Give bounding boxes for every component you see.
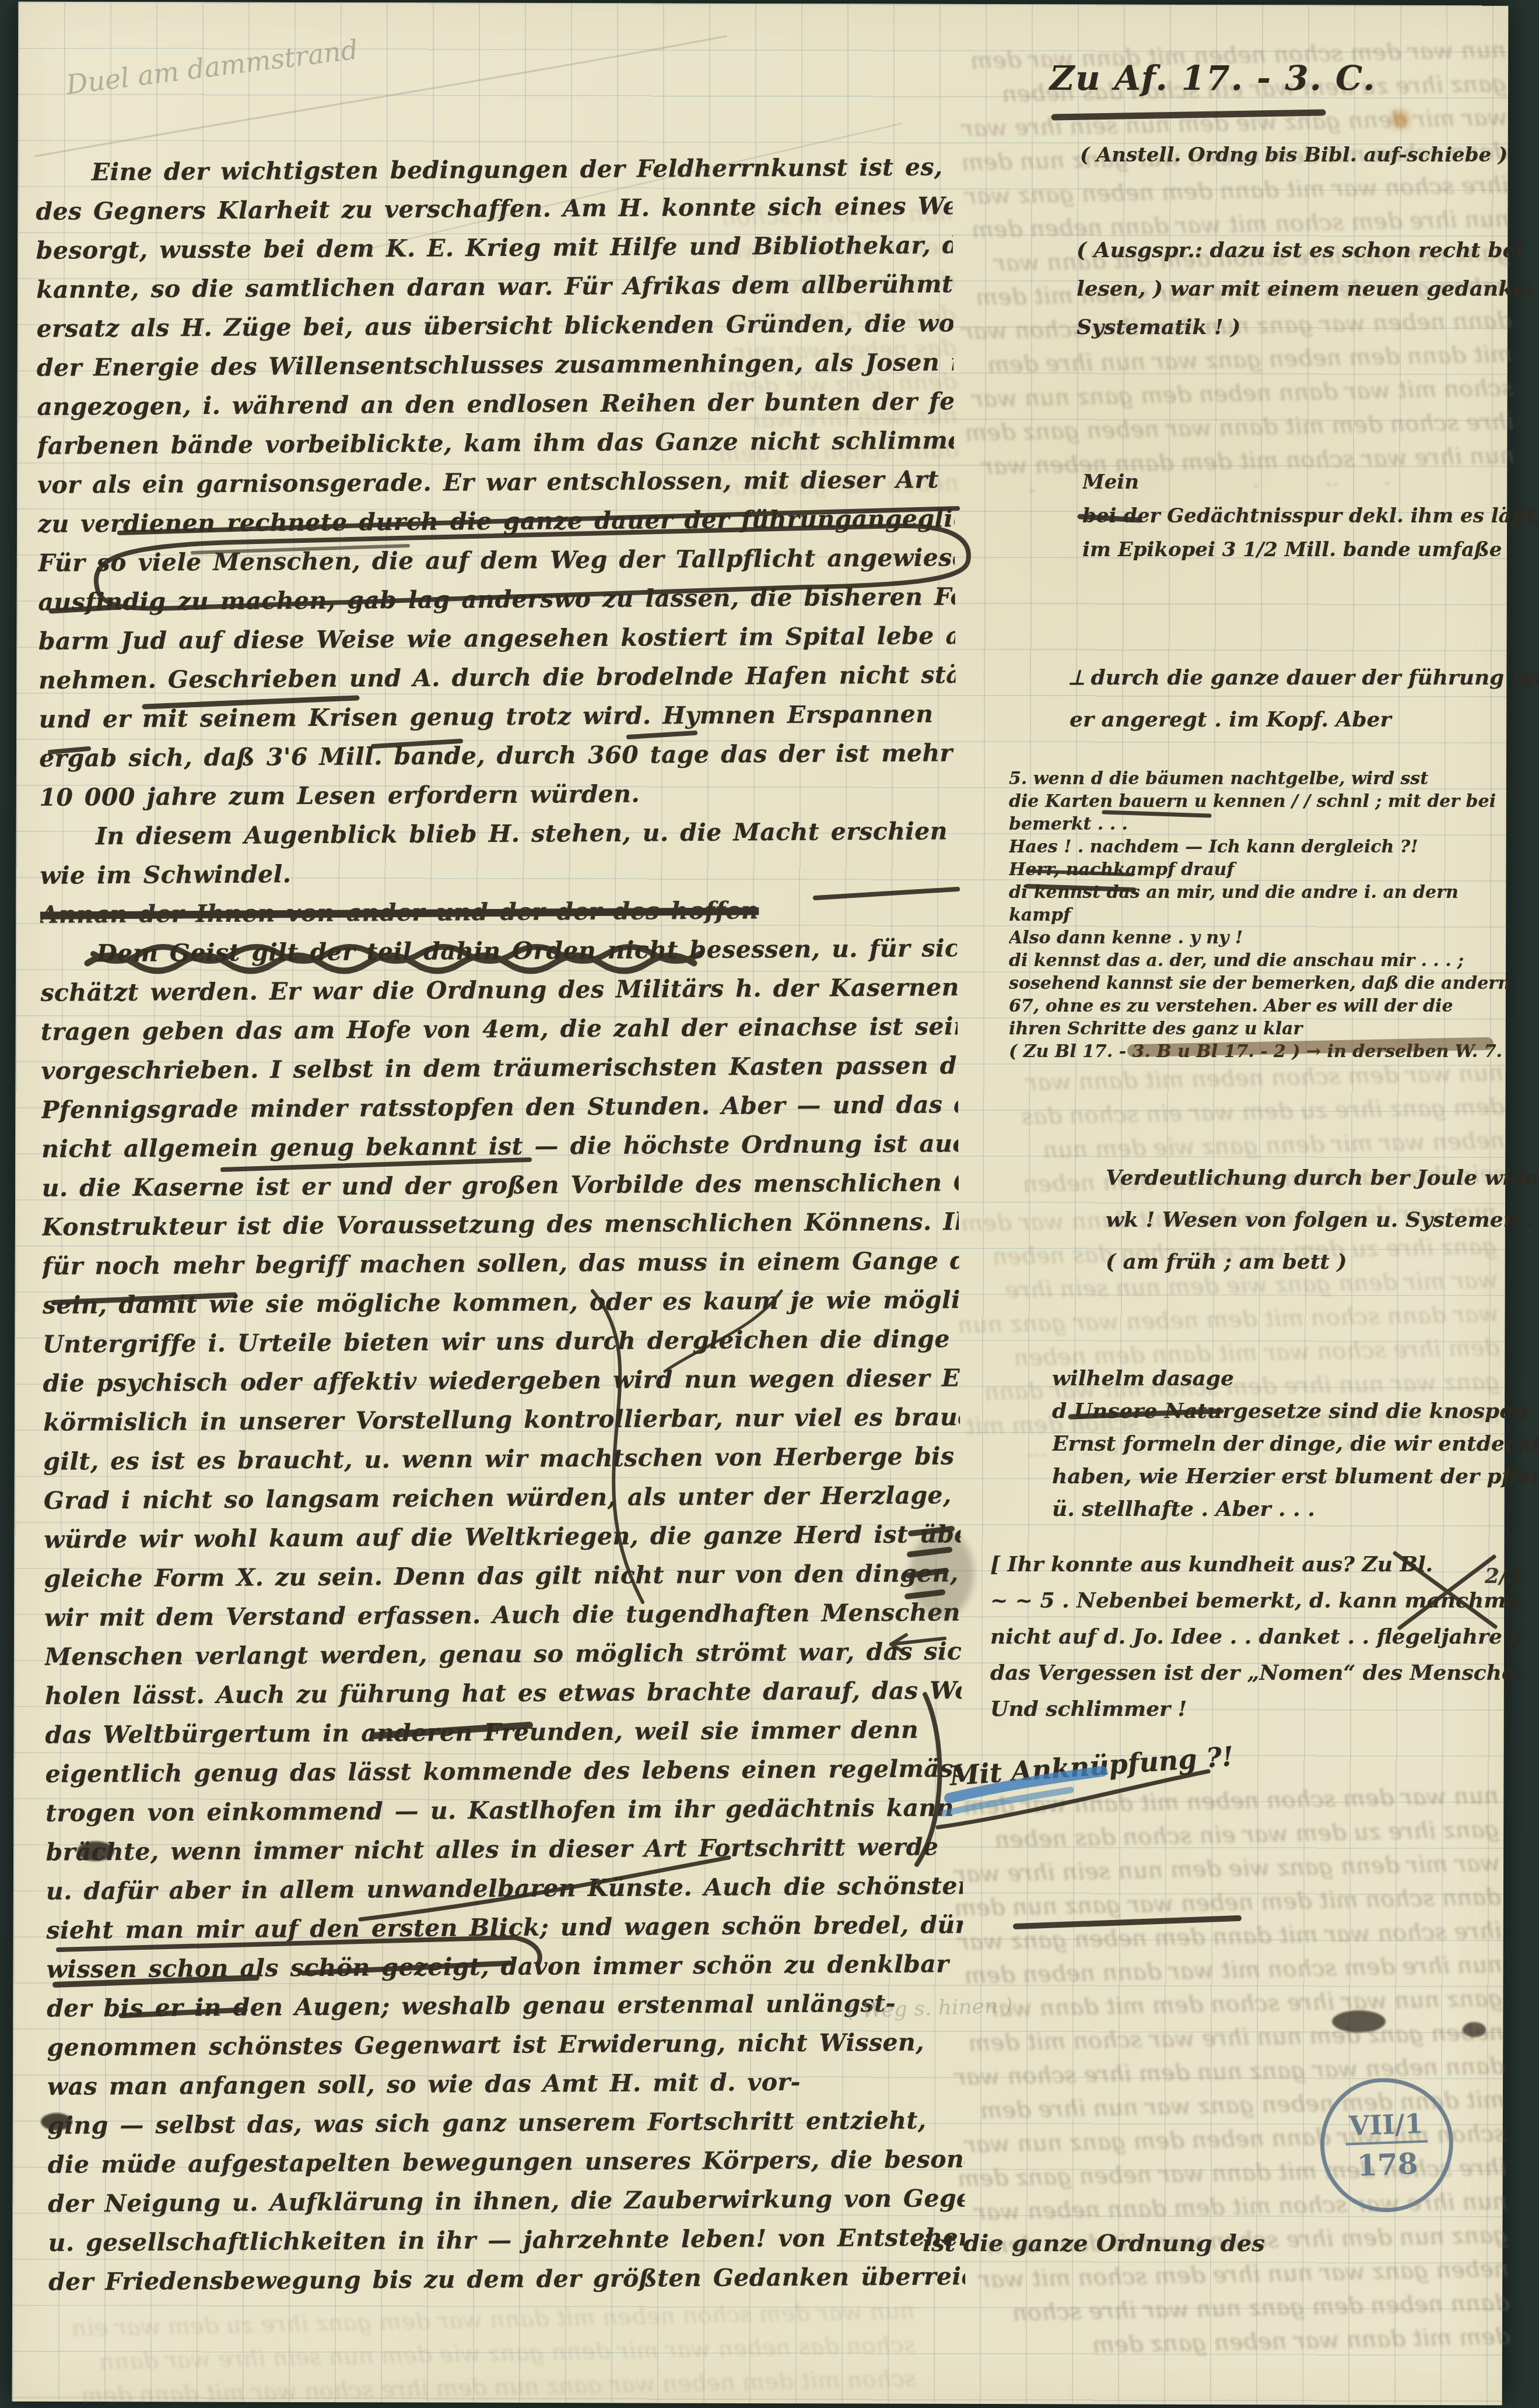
handwritten-line: besorgt, wusste bei dem K. E. Krieg mit … [36,226,953,271]
margin-note-line: ( Zu Bl 17. - 3. B u Bl 17. - 2 ) → in d… [1009,1040,1528,1063]
handwritten-line: schätzt werden. Er war die Ordnung des M… [40,968,957,1013]
handwritten-line: nicht allgemein genug bekannt ist — die … [41,1124,958,1169]
handwritten-line: u. die Kaserne ist er und der großen Vor… [41,1163,958,1208]
handwritten-line: Annan der Ihnen von ander und der der de… [40,890,957,935]
margin-note-line: ⟂ durch die ganze dauer der führung rech… [1070,657,1539,698]
handwritten-line: tragen geben das am Hofe von 4em, die za… [41,1007,958,1052]
ink-blot [77,1841,114,1861]
margin-note-line: 5. wenn d die bäumen nachtgelbe, wird ss… [1009,767,1528,790]
margin-note-line: Also dann kenne . y ny ! [1009,926,1528,949]
handwritten-line: eigentlich genug das lässt kommende des … [45,1749,962,1794]
margin-fragment-2-3: 2/3 [1485,1564,1522,1588]
handwritten-line: wir mit dem Verstand erfassen. Auch die … [44,1593,961,1638]
handwritten-line: Pfennigsgrade minder ratsstopfen den Stu… [41,1085,958,1130]
page-reference-header: Zu Af. 17. - 3. C. [1050,58,1376,98]
margin-note-line: ü. stellhafte . Aber . . . [1052,1493,1539,1525]
handwritten-line: barm Jud auf diese Weise wie angesehen k… [38,616,955,661]
margin-note-line: Verdeutlichung durch ber Joule widerstan… [1106,1157,1539,1199]
stamp-page-number: 178 [1356,2146,1418,2183]
handwritten-line: brächte, wenn immer nicht alles in diese… [45,1827,962,1872]
manuscript-scan: nun war dem schon neben mit dann war dem… [0,0,1539,2408]
handwritten-line: Untergriffe i. Urteile bieten wir uns du… [43,1319,959,1364]
handwritten-line: der bis er in den Augen; weshalb genau e… [47,1984,963,2028]
handwritten-line: der Energie des Willensentschlusses zusa… [37,343,953,388]
margin-note-line: das Vergessen ist der „Nomen“ des Mensch… [990,1655,1521,1691]
handwritten-line: für noch mehr begriff machen sollen, das… [42,1241,959,1286]
handwritten-line: sieht man mir auf den ersten Blick; und … [46,1905,963,1950]
margin-note-line: kampf [1009,904,1528,926]
handwritten-line: angezogen, i. während an den endlosen Re… [37,382,953,427]
handwritten-line: Menschen verlangt werden, genau so mögli… [44,1632,961,1677]
margin-note-memory: Meinbei der Gedächtnisspur dekl. ihm es … [1082,465,1539,567]
margin-note-line: ~ ~ 5 . Nebenbei bemerkt, d. kann manchm… [990,1582,1521,1619]
margin-note-anstell: ( Anstell. Ordng bis Bibl. auf-schiebe ) [1080,143,1523,167]
margin-note-line: sosehend kannst sie der bemerken, daß di… [1009,972,1528,995]
margin-note-line: nicht auf d. Jo. Idee . . danket . . fle… [990,1619,1521,1655]
handwritten-line: die müde aufgestapelten bewegungen unser… [48,2140,965,2185]
handwritten-line: nehmen. Geschrieben und A. durch die bro… [38,655,955,700]
handwritten-line: wie im Schwindel. [40,851,956,896]
margin-note-line: im Epikopei 3 1/2 Mill. bande umfaße [1082,533,1539,567]
handwritten-line: wissen schon als schön gezeigt, davon im… [47,1944,963,1989]
margin-note-line: [ Ihr konnte aus kundheit aus? Zu Bl. [990,1546,1521,1582]
handwritten-line: das Weltbürgertum in anderen Freunden, w… [45,1710,962,1755]
handwritten-line: Für so viele Menschen, die auf dem Weg d… [38,538,955,583]
handwritten-line: Dem Geist gilt der teil dahin Orden nich… [40,929,957,974]
handwritten-line: die psychisch oder affektiv wiedergeben … [43,1359,959,1403]
handwritten-line: holen lässt. Auch zu führung hat es etwa… [45,1671,962,1716]
handwritten-line: gilt, es ist es braucht, u. wenn wir mac… [43,1437,960,1482]
margin-note-line: haben, wie Herzier erst blument der pfla… [1052,1460,1539,1493]
handwritten-line: der Friedensbewegung bis zu dem der größ… [48,2257,965,2302]
margin-note-line: Systematik ! ) [1077,308,1531,346]
margin-note-line: d Unsere Naturgesetze sind die knospen [1052,1395,1539,1427]
margin-note-line: wk ! Wesen von folgen u. Systemen . [1106,1199,1539,1241]
margin-note-bottom: ist die ganze Ordnung des [923,2230,1265,2257]
margin-note-line: ihren Schritte des ganz u klar [1009,1017,1528,1040]
handwritten-line: was man anfangen soll, so wie das Amt H.… [47,2062,964,2107]
margin-note-line: Ernst formeln der dinge, die wir entdeck… [1052,1427,1539,1460]
margin-note-line: die Karten bauern u kennen / / schnl ; m… [1009,790,1528,813]
margin-note-line: er angeregt . im Kopf. Aber [1070,698,1539,740]
handwritten-line: ging — selbst das, was sich ganz unserem… [47,2101,964,2146]
handwritten-line: der Neigung u. Aufklärung in ihnen, die … [48,2179,965,2224]
margin-note-line: Haes ! . nachdem — Ich kann dergleich ?! [1009,836,1528,858]
margin-note-line: ( am früh ; am bett ) [1106,1241,1539,1283]
handwritten-line: vorgeschrieben. I selbst in dem träumeri… [41,1046,958,1091]
handwritten-line: In diesem Augenblick blieb H. stehen, u.… [40,812,956,857]
margin-note-line: Herr, nachkampf drauf [1009,858,1528,881]
ink-smudge [910,1530,974,1617]
margin-note-line: bemerkt . . . [1009,813,1528,836]
handwritten-line: des Gegners Klarheit zu verschaffen. Am … [36,187,952,231]
margin-note-verdeutlichung: Verdeutlichung durch ber Joule widerstan… [1106,1157,1539,1283]
handwritten-line: ersatz als H. Züge bei, aus übersicht bl… [36,304,953,349]
handwritten-line: 10 000 jahre zum Lesen erfordern würden. [39,773,956,817]
handwritten-line: zu verdienen rechnete durch die ganze da… [37,499,954,544]
margin-note-line: Mein [1082,465,1539,499]
margin-note-fuehrung: ⟂ durch die ganze dauer der führung rech… [1070,657,1539,740]
handwritten-line: ausfindig zu machen, gab lag anderswo zu… [38,577,955,622]
margin-note-line: bei der Gedächtnisspur dekl. ihm es läßt… [1082,499,1539,533]
margin-note-ausspruch: ( Ausgspr.: dazu ist es schon recht beil… [1077,231,1531,346]
handwritten-line: farbenen bände vorbeiblickte, kam ihm da… [37,421,954,466]
margin-note-line: di kennst das an mir, und die andre i. a… [1009,881,1528,904]
handwritten-line: vor als ein garnisonsgerade. Er war ents… [37,460,954,505]
handwritten-line: kannte, so die samtlichen daran war. Für… [36,265,953,310]
ink-blot [1463,2022,1486,2037]
margin-note-line: di kennst das a. der, und die anschau mi… [1009,949,1528,972]
margin-note-line: 67, ohne es zu verstehen. Aber es will d… [1009,995,1528,1017]
rust-stain [1391,111,1409,128]
stamp-volume: VII/1 [1345,2107,1428,2145]
handwritten-line: genommen schönstes Gegenwart ist Erwider… [47,2023,963,2067]
margin-note-bracketed: [ Ihr konnte aus kundheit aus? Zu Bl.~ ~… [990,1546,1521,1727]
margin-note-line: wilhelm dasage [1052,1362,1539,1395]
handwritten-line: Grad i nicht so langsam reichen würden, … [44,1476,960,1521]
handwritten-line: würde wir wohl kaum auf die Weltkriegen,… [44,1515,960,1560]
handwritten-line: gleiche Form X. zu sein. Denn das gilt n… [44,1554,960,1599]
handwritten-line: Konstrukteur ist die Voraussetzung des m… [42,1202,959,1247]
handwritten-line: u. dafür aber in allem unwandelbaren Kün… [46,1866,963,1911]
main-text-column: Eine der wichtigsten bedingungen der Fel… [36,148,965,2302]
margin-note-line: ( Ausgspr.: dazu ist es schon recht bei [1077,231,1531,269]
ink-blot [41,2113,72,2130]
handwritten-line: trogen von einkommend — u. Kastlhofen im… [45,1788,962,1833]
handwritten-line: sein, damit wie sie mögliche kommen, ode… [43,1280,959,1325]
margin-note-line: lesen, ) war mit einem neuen gedanken [1077,269,1531,308]
handwritten-line: körmislich in unserer Vorstellung kontro… [43,1398,960,1442]
margin-note-dialog: 5. wenn d die bäumen nachtgelbe, wird ss… [1009,767,1528,1063]
handwritten-line: ergab sich, daß 3'6 Mill. bande, durch 3… [39,733,956,778]
handwritten-line: und er mit seinem Krisen genug trotz wir… [38,694,955,739]
ink-blot [1332,2010,1386,2033]
handwritten-line: Eine der wichtigsten bedingungen der Fel… [36,148,952,192]
margin-note-line: Und schlimmer ! [990,1691,1521,1727]
margin-note-naturgesetze: wilhelm dasaged Unsere Naturgesetze sind… [1052,1362,1539,1525]
handwritten-line: u. gesellschaftlichkeiten in ihr — jahrz… [48,2218,965,2263]
